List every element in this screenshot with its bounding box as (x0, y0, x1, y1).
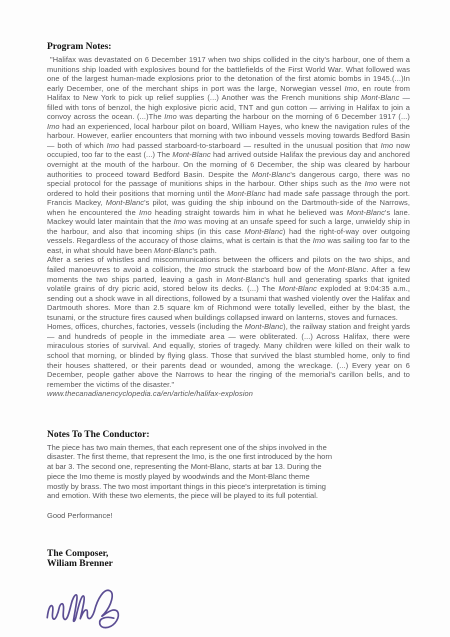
composer-title: The Composer, (47, 549, 410, 560)
conductor-notes-section: Notes To The Conductor: The piece has tw… (47, 430, 410, 521)
composer-block: The Composer, Wiliam Brenner (47, 549, 410, 570)
source-url: www.thecanadianencyclopedia.ca/en/articl… (47, 389, 410, 399)
composer-name: Wiliam Brenner (47, 559, 410, 570)
document-page: Program Notes: "Halifax was devastated o… (0, 0, 450, 637)
signature-area (44, 583, 410, 635)
program-notes-section: Program Notes: "Halifax was devastated o… (47, 42, 410, 399)
conductor-notes-paragraph: The piece has two main themes, that each… (47, 443, 333, 501)
conductor-notes-heading: Notes To The Conductor: (47, 430, 410, 441)
program-notes-paragraph: Homes, offices, churches, factories, ves… (47, 322, 410, 389)
closing-remark: Good Performance! (47, 511, 410, 521)
program-notes-body: "Halifax was devastated on 6 December 19… (47, 55, 410, 399)
handwritten-signature-icon (44, 583, 136, 635)
program-notes-paragraph: After a series of whistles and miscommun… (47, 255, 410, 322)
program-notes-heading: Program Notes: (47, 42, 410, 53)
program-notes-paragraph: "Halifax was devastated on 6 December 19… (47, 55, 410, 255)
